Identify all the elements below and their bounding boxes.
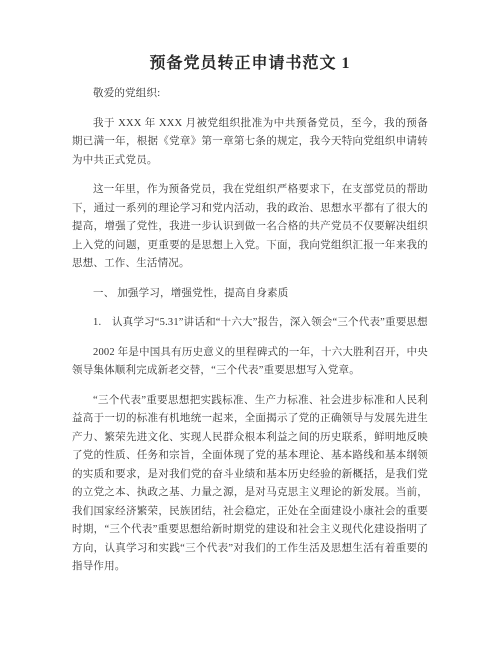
list-item-1: 1. 认真学习“5.31”讲话和“十六大”报告，深入领会“三个代表”重要思想 [72,314,428,333]
paragraph-three-represents: “三个代表”重要思想把实践标准、生产力标准、社会进步标准和人民利益高于一切的标准… [72,392,428,577]
paragraph-intro: 我于 XXX 年 XXX 月被党组织批准为中共预备党员，至今，我的预备期已满一年… [72,115,428,171]
salutation: 敬爱的党组织: [72,85,428,104]
paragraph-overview: 这一年里，作为预备党员，我在党组织严格要求下，在支部党员的帮助下，通过一系列的理… [72,181,428,274]
document-body: 敬爱的党组织: 我于 XXX 年 XXX 月被党组织批准为中共预备党员，至今，我… [72,85,428,577]
document-page: 预备党员转正申请书范文 1 敬爱的党组织: 我于 XXX 年 XXX 月被党组织… [0,0,500,647]
document-title: 预备党员转正申请书范文 1 [0,52,500,76]
section-heading-1: 一、 加强学习，增强党性，提高自身素质 [72,285,428,304]
paragraph-2002: 2002 年是中国具有历史意义的里程碑式的一年，十六大胜利召开，中央领导集体顺利… [72,344,428,381]
